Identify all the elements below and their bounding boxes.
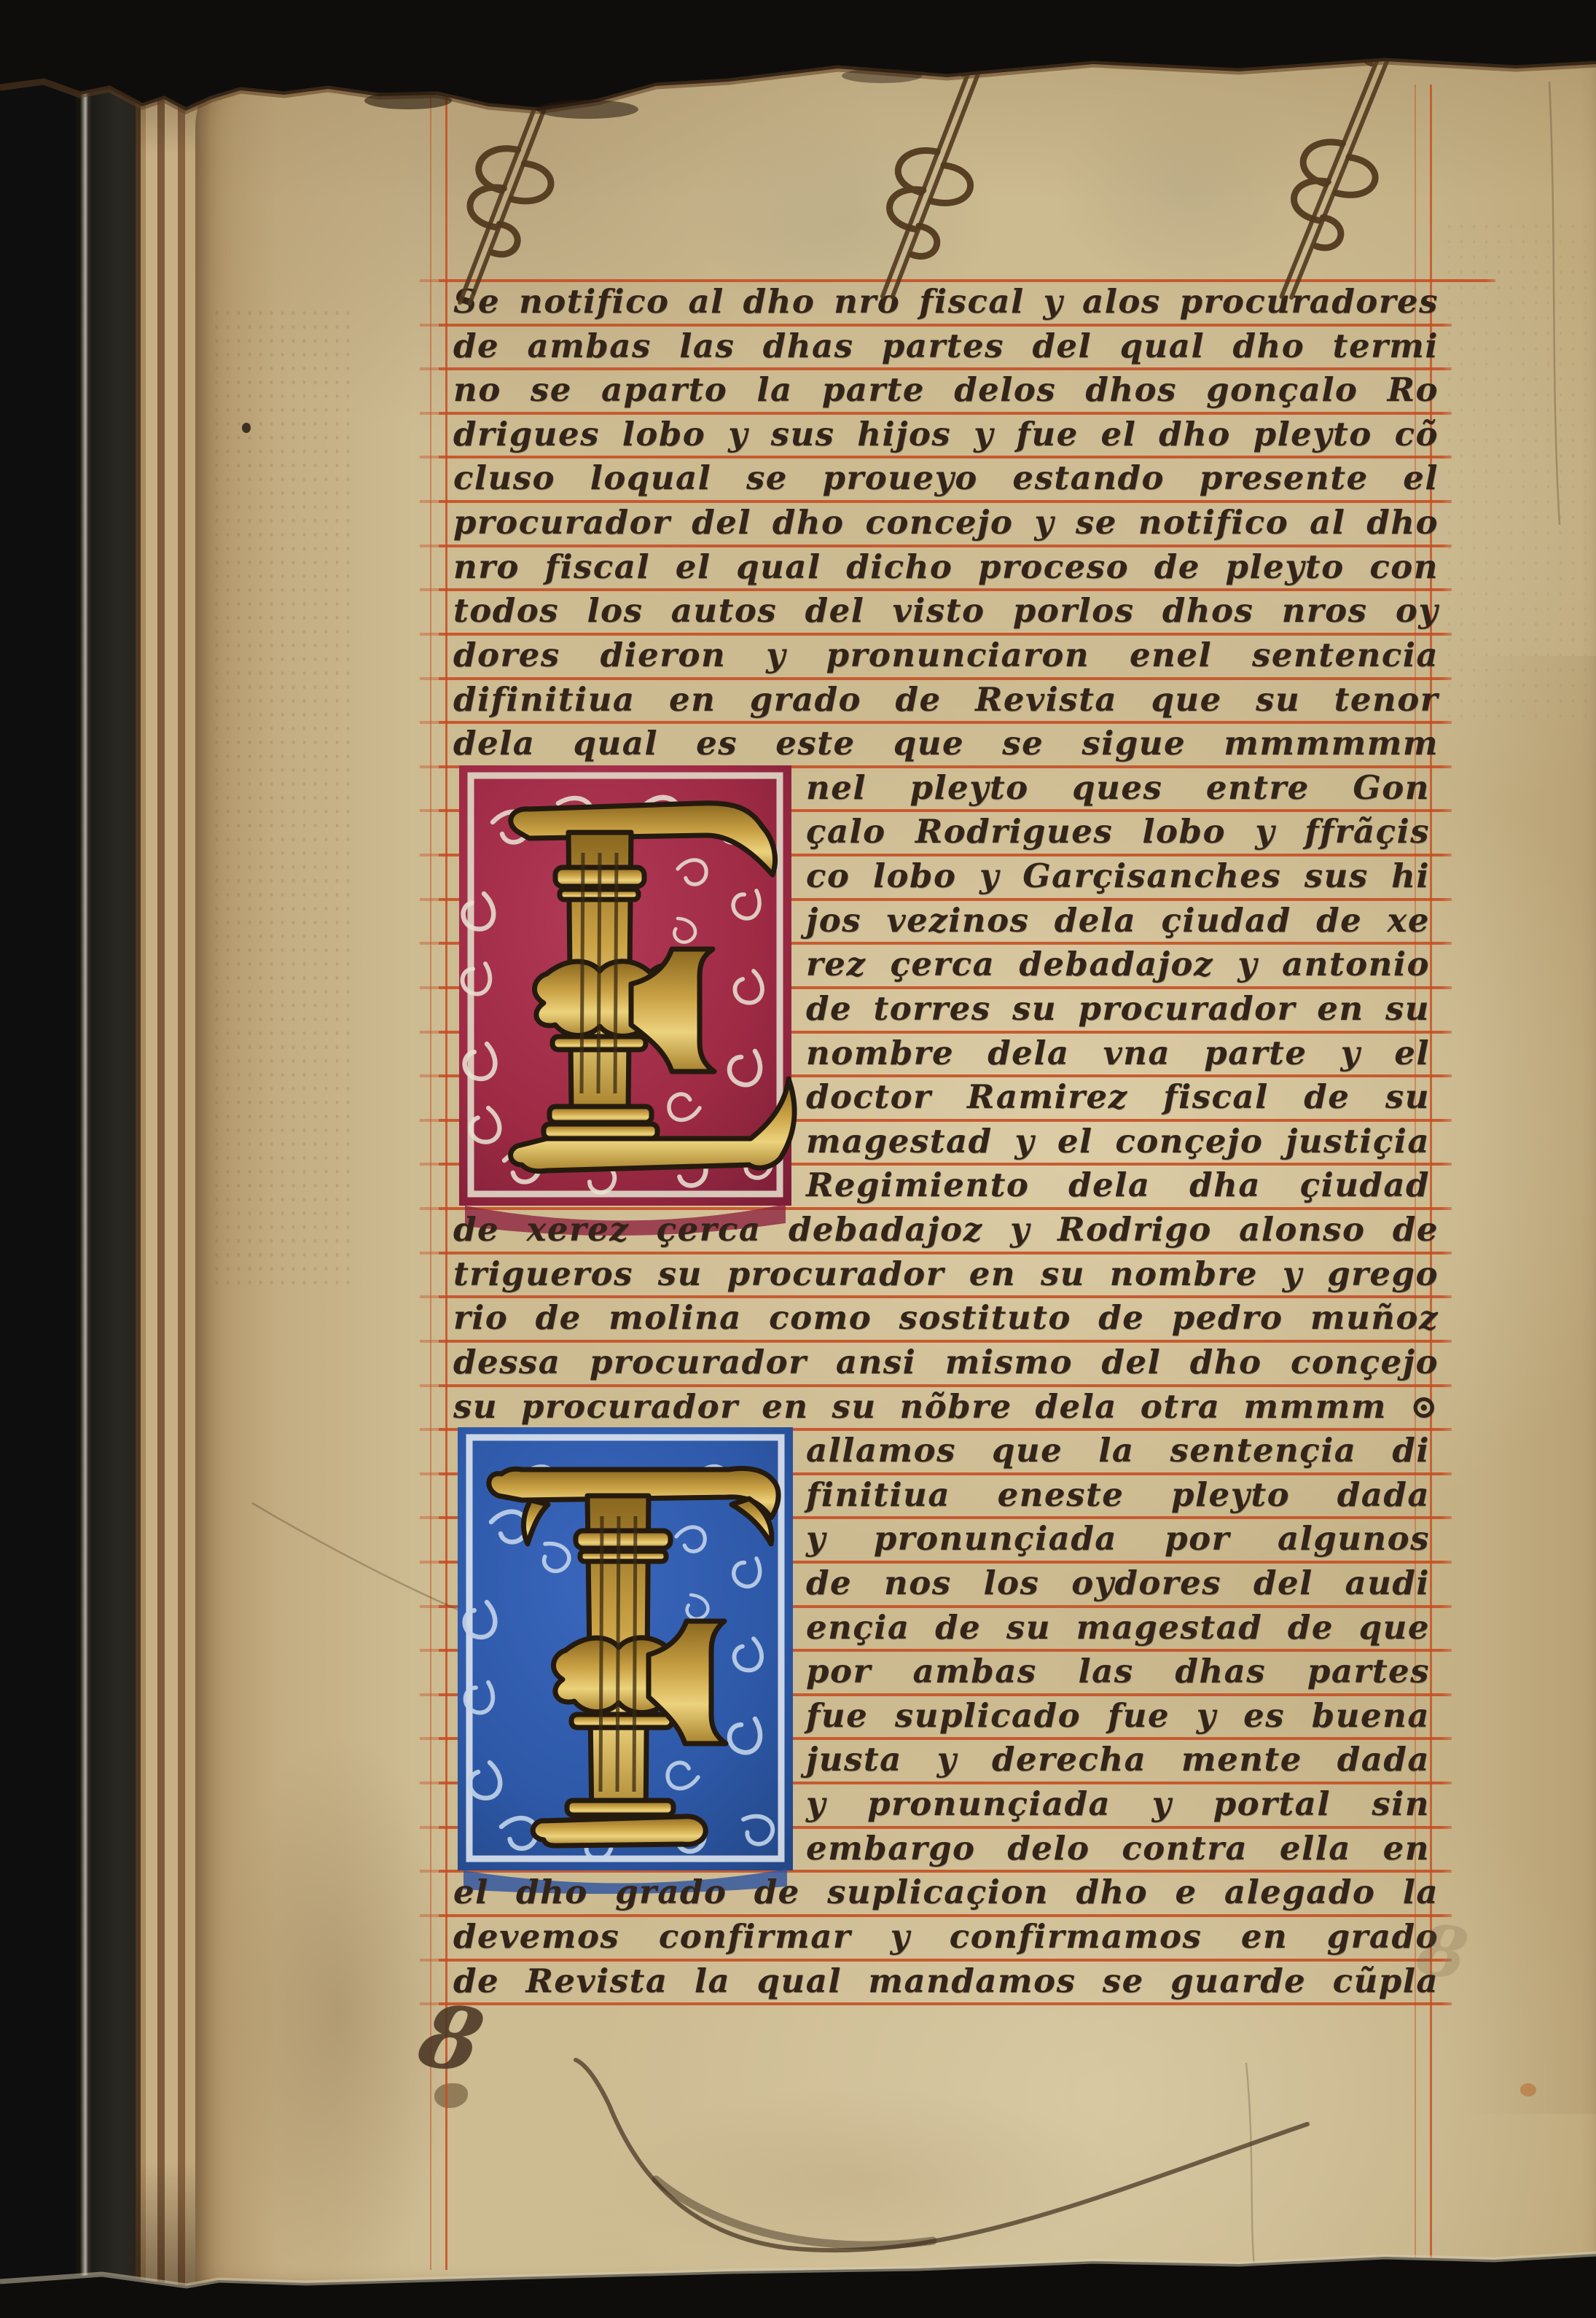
- text-line-35: y pronunçiada y portal sin: [806, 1784, 1430, 1829]
- bottom-tear: [0, 2254, 1596, 2318]
- text-line-12: nel pleyto ques entre Gon: [806, 768, 1430, 813]
- text-line-38: devemos confirmar y confirmamos en grado: [453, 1916, 1439, 1962]
- text-line-8: todos los autos del visto porlos dhos nr…: [453, 590, 1439, 636]
- edge-blotch: [536, 100, 638, 119]
- manuscript-photo: Se notifico al dho nro fiscal y alos pro…: [0, 0, 1596, 2318]
- text-line-34: justa y derecha mente dada: [806, 1739, 1430, 1784]
- text-line-31: ençia de su magestad de que: [806, 1607, 1430, 1652]
- text-line-30: de nos los oydores del audi: [806, 1563, 1430, 1608]
- text-line-21: Regimiento dela dha çiudad: [806, 1165, 1430, 1210]
- text-line-18: nombre dela vna parte y el: [806, 1033, 1430, 1078]
- text-line-33: fue suplicado fue y es buena: [806, 1695, 1430, 1741]
- text-line-10: difinitiua en grado de Revista que su te…: [453, 679, 1439, 725]
- text-line-5: cluso loqual se proueyo estando presente…: [453, 458, 1439, 503]
- text-line-23: trigueros su procurador en su nombre y g…: [453, 1254, 1439, 1299]
- text-line-36: embargo delo contra ella en: [806, 1828, 1430, 1873]
- text-line-4: drigues lobo y sus hijos y fue el dho pl…: [453, 414, 1439, 459]
- text-line-16: rez çerca debadajoz y antonio: [806, 944, 1430, 989]
- text-line-22: de xerez çerca debadajoz y Rodrigo alons…: [453, 1209, 1439, 1254]
- text-line-26: su procurador en su nõbre dela otra mmmm…: [453, 1386, 1439, 1432]
- edge-blotch: [364, 92, 452, 109]
- text-line-28: finitiua eneste pleyto dada: [806, 1475, 1430, 1520]
- text-line-6: procurador del dho concejo y se notifico…: [453, 502, 1439, 547]
- text-line-25: dessa procurador ansi mismo del dho conç…: [453, 1342, 1439, 1387]
- text-line-32: por ambas las dhas partes: [806, 1651, 1430, 1696]
- text-line-13: çalo Rodrigues lobo y ffrãçis: [806, 811, 1430, 856]
- text-line-9: dores dieron y pronunciaron enel sentenc…: [453, 635, 1439, 680]
- text-line-14: co lobo y Garçisanches sus hi: [806, 856, 1430, 901]
- page-bottom-edge: [0, 2180, 1596, 2318]
- text-line-11: dela qual es este que se sigue mmmmmm: [453, 723, 1439, 768]
- text-line-27: allamos que la sentençia di: [806, 1430, 1430, 1475]
- text-line-15: jos vezinos dela çiudad de xe: [806, 900, 1430, 945]
- text-line-29: y pronunçiada por algunos: [806, 1518, 1430, 1564]
- illuminated-initial-E: [459, 765, 791, 1246]
- top-tear: [0, 0, 1596, 111]
- page-top-edge: [0, 0, 1596, 168]
- text-line-39: de Revista la qual mandamos se guarde cũ…: [453, 1961, 1439, 2006]
- text-line-20: magestad y el conçejo justiçia: [806, 1121, 1430, 1166]
- stray-hairline: [252, 1503, 468, 1614]
- text-line-17: de torres su procurador en su: [806, 988, 1430, 1034]
- text-line-7: nro fiscal el qual dicho proceso de pley…: [453, 547, 1439, 592]
- illuminated-initial-F: [458, 1427, 793, 1900]
- text-line-19: doctor Ramirez fiscal de su: [806, 1077, 1430, 1122]
- text-line-37: el dho grado de suplicaçion dho e alegad…: [453, 1872, 1439, 1917]
- edge-blotch: [842, 69, 922, 83]
- text-line-24: rio de molina como sostituto de pedro mu…: [453, 1297, 1439, 1343]
